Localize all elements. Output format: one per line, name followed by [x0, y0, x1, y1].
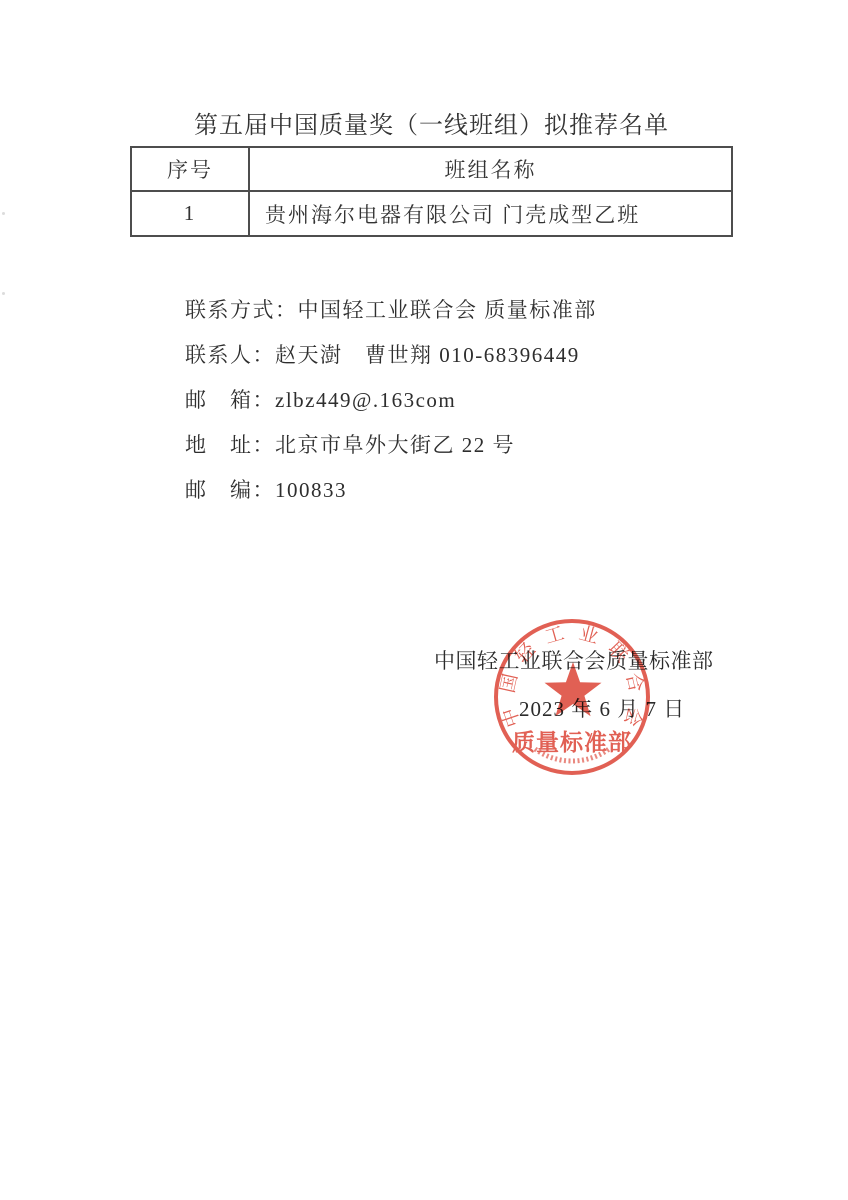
- contact-line-email: 邮 箱：zlbz449@.163com: [185, 378, 597, 423]
- cell-index: 1: [131, 191, 249, 236]
- roster-table: 序号 班组名称 1 贵州海尔电器有限公司 门壳成型乙班: [130, 146, 733, 237]
- contact-line-postcode: 邮 编：100833: [185, 468, 597, 513]
- contact-line-address: 地 址：北京市阜外大街乙 22 号: [185, 423, 597, 468]
- document-page: 第五届中国质量奖（一线班组）拟推荐名单 序号 班组名称 1 贵州海尔电器有限公司…: [0, 0, 848, 1200]
- page-title: 第五届中国质量奖（一线班组）拟推荐名单: [130, 105, 733, 140]
- table-header-row: 序号 班组名称: [131, 147, 732, 191]
- seal-bottom-text: 质量标准部: [512, 729, 632, 755]
- scan-speck: [2, 292, 5, 295]
- cell-team-name: 贵州海尔电器有限公司 门壳成型乙班: [249, 191, 732, 236]
- contact-line-person: 联系人：赵天澍 曹世翔 010-68396449: [185, 333, 597, 378]
- official-seal-stamp: 中国轻工业联合会 质量标准部: [487, 612, 657, 782]
- contact-line-method: 联系方式：中国轻工业联合会 质量标准部: [185, 288, 597, 333]
- seal-star-icon: [545, 662, 602, 716]
- table-row: 1 贵州海尔电器有限公司 门壳成型乙班: [131, 191, 732, 236]
- scan-speck: [2, 212, 5, 215]
- column-header-team-name: 班组名称: [249, 147, 732, 191]
- contact-block: 联系方式：中国轻工业联合会 质量标准部 联系人：赵天澍 曹世翔 010-6839…: [185, 288, 597, 513]
- column-header-index: 序号: [131, 147, 249, 191]
